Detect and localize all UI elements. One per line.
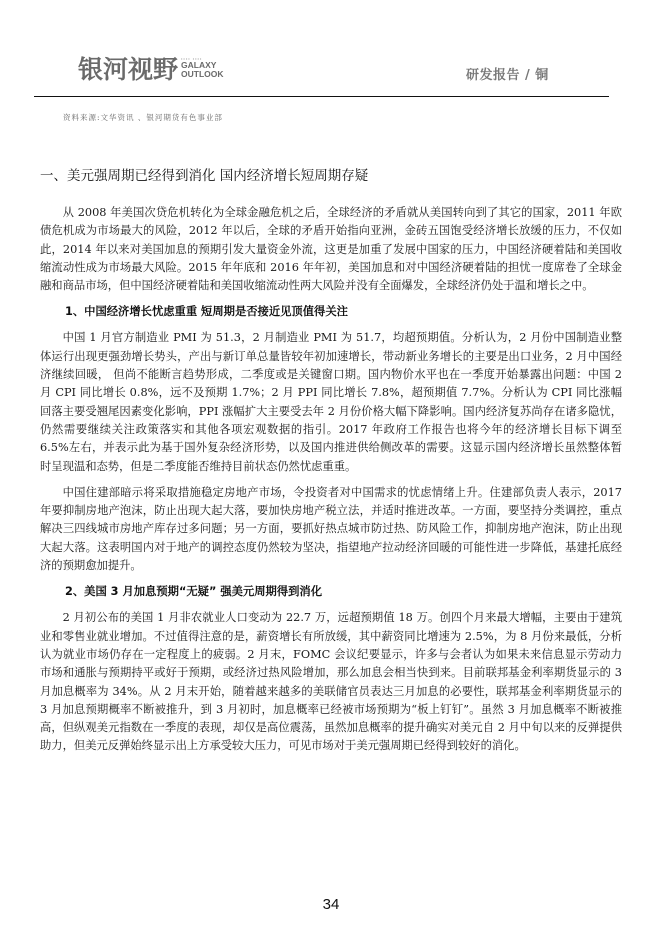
page-number: 34 [0,896,662,913]
subsection-2-paragraph-1: 2 月初公布的美国 1 月非农就业人口变动为 22.7 万，远超预期值 18 万… [40,609,622,755]
header-divider [34,96,609,97]
page-header: 银河视野 •••• •••• GALAXY OUTLOOK 研发报告 / 铜 [0,0,662,100]
logo-en-line2: OUTLOOK [181,70,224,79]
report-category-tag: 研发报告 / 铜 [466,64,549,83]
document-body: 一、美元强周期已经得到消化 国内经济增长短周期存疑 从 2008 年美国次贷危机… [40,164,622,764]
intro-paragraph: 从 2008 年美国次贷危机转化为全球金融危机之后，全球经济的矛盾就从美国转向到… [40,204,622,295]
galaxy-outlook-logo: 银河视野 •••• •••• GALAXY OUTLOOK [78,50,224,86]
subsection-title-2: 2、美国 3 月加息预期“无疑” 强美元周期得到消化 [65,583,622,599]
logo-chinese-text: 银河视野 [78,50,178,86]
subsection-1-paragraph-1: 中国 1 月官方制造业 PMI 为 51.3，2 月制造业 PMI 为 51.7… [40,329,622,475]
logo-english-text: •••• •••• GALAXY OUTLOOK [181,57,224,79]
subsection-1-paragraph-2: 中国住建部暗示将采取措施稳定房地产市场，令投资者对中国需求的忧虑情绪上升。住建部… [40,484,622,575]
subsection-title-1: 1、中国经济增长忧虑重重 短周期是否接近见顶值得关注 [65,303,622,319]
source-note: 资料来源:文华资讯 、银河期货有色事业部 [63,112,223,123]
section-title: 一、美元强周期已经得到消化 国内经济增长短周期存疑 [40,164,622,184]
